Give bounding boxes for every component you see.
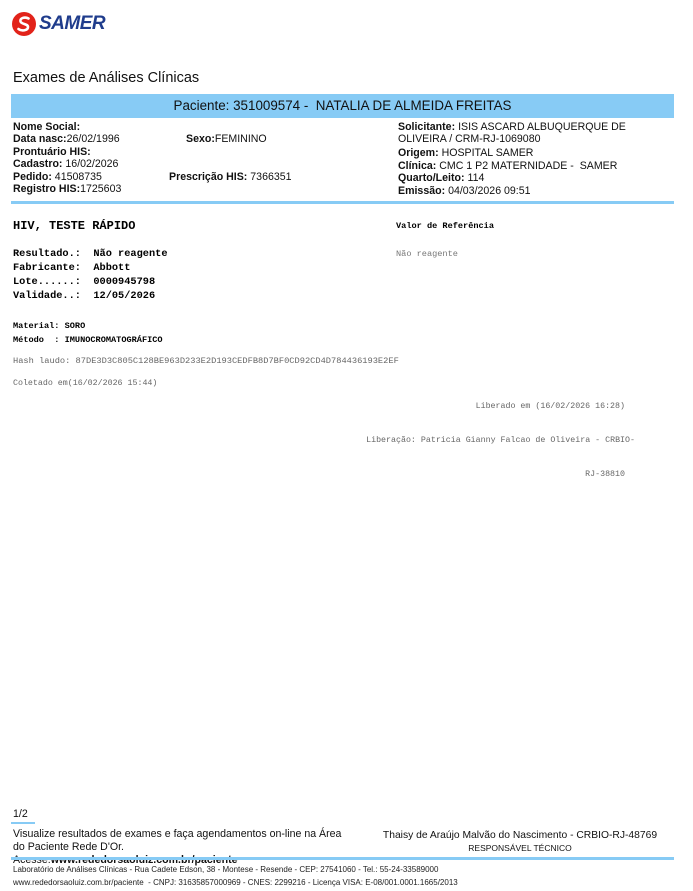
result-row: Resultado.: Não reagente	[13, 247, 168, 261]
brand-name: SAMER	[39, 13, 105, 35]
cadastro-label: Cadastro:	[13, 158, 62, 170]
pedido-label: Pedido:	[13, 171, 52, 183]
emissao-label: Emissão:	[398, 185, 445, 197]
samer-logo: SAMER	[12, 11, 105, 37]
material-label: Material:	[13, 321, 59, 331]
result-row: Validade..: 12/05/2026	[13, 289, 168, 303]
patient-info-left: Nome Social: Data nasc:26/02/1996 Sexo:F…	[13, 121, 121, 195]
result-label: Validade..:	[13, 290, 81, 302]
document-title: Exames de Análises Clínicas	[13, 70, 199, 86]
release-info: Liberado em (16/02/2026 16:28) Liberação…	[325, 379, 625, 491]
result-label: Lote......:	[13, 276, 81, 288]
origem-label: Origem:	[398, 147, 439, 159]
promo-text: Visualize resultados de exames e faça ag…	[13, 828, 343, 867]
metodo-label: Método :	[13, 335, 59, 345]
metodo-value: IMUNOCROMATOGRÁFICO	[65, 335, 163, 345]
report-hash: Hash laudo: 87DE3D3C805C128BE963D233E2D1…	[13, 356, 399, 366]
result-row: Fabricante: Abbott	[13, 261, 168, 275]
patient-banner-text: Paciente: 351009574 - NATALIA DE ALMEIDA…	[174, 98, 512, 113]
material-value: SORO	[65, 321, 86, 331]
prontuario-label: Prontuário HIS:	[13, 146, 91, 158]
page-number: 1/2	[13, 808, 28, 820]
pedido-value: 41508735	[55, 171, 102, 183]
footer-divider	[11, 857, 674, 860]
footer-address: Laboratório de Análises Clínicas - Rua C…	[13, 864, 458, 877]
patient-banner: Paciente: 351009574 - NATALIA DE ALMEIDA…	[11, 94, 674, 118]
nome-social-label: Nome Social:	[13, 121, 80, 133]
origem-value: HOSPITAL SAMER	[442, 147, 534, 159]
prescricao-value: 7366351	[250, 171, 291, 183]
footer-legal: Laboratório de Análises Clínicas - Rua C…	[13, 864, 458, 889]
reference-value: Não reagente	[396, 249, 458, 259]
registro-label: Registro HIS:	[13, 183, 80, 195]
data-nasc-label: Data nasc:	[13, 133, 67, 145]
samer-s-logo-icon	[12, 12, 36, 36]
tech-name: Thaisy de Araújo Malvão do Nascimento - …	[380, 830, 660, 841]
registro-value: 1725603	[80, 183, 121, 195]
result-label: Resultado.:	[13, 248, 81, 260]
reference-header: Valor de Referência	[396, 221, 494, 231]
clinica-value: CMC 1 P2 MATERNIDADE - SAMER	[439, 160, 617, 172]
result-value: 12/05/2026	[93, 290, 155, 302]
data-nasc-value: 26/02/1996	[67, 133, 120, 145]
cadastro-value: 16/02/2026	[65, 158, 118, 170]
exam-title: HIV, TESTE RÁPIDO	[13, 219, 135, 233]
result-label: Fabricante:	[13, 262, 81, 274]
tech-role: RESPONSÁVEL TÉCNICO	[380, 843, 660, 853]
result-block: Resultado.: Não reagente Fabricante: Abb…	[13, 247, 168, 303]
clinica-label: Clínica:	[398, 160, 436, 172]
quarto-label: Quarto/Leito:	[398, 172, 465, 184]
page-number-underline	[11, 822, 35, 824]
material-block: Material: SORO Método : IMUNOCROMATOGRÁF…	[13, 319, 163, 347]
technical-responsible: Thaisy de Araújo Malvão do Nascimento - …	[380, 830, 660, 853]
solicitante-label: Solicitante:	[398, 121, 455, 133]
result-row: Lote......: 0000945798	[13, 275, 168, 289]
footer-legal-line: www.rededorsaoluiz.com.br/paciente - CNP…	[13, 877, 458, 890]
quarto-value: 114	[467, 172, 484, 184]
sexo-label: Sexo:	[186, 133, 215, 145]
emissao-value: 04/03/2026 09:51	[448, 185, 530, 197]
prescricao-label: Prescrição HIS:	[169, 171, 247, 183]
header-divider	[11, 201, 674, 204]
released-date: Liberado em (16/02/2026 16:28)	[325, 401, 625, 412]
patient-info-right: Solicitante: ISIS ASCARD ALBUQUERQUE DE …	[398, 121, 643, 197]
result-value: Abbott	[93, 262, 130, 274]
sexo-value: FEMININO	[215, 133, 267, 145]
released-by-line1: Liberação: Patricia Gianny Falcao de Oli…	[325, 435, 635, 446]
released-by-line2: RJ-38810	[325, 469, 625, 480]
collected-date: Coletado em(16/02/2026 15:44)	[13, 379, 157, 388]
result-value: Não reagente	[93, 248, 167, 260]
result-value: 0000945798	[93, 276, 155, 288]
